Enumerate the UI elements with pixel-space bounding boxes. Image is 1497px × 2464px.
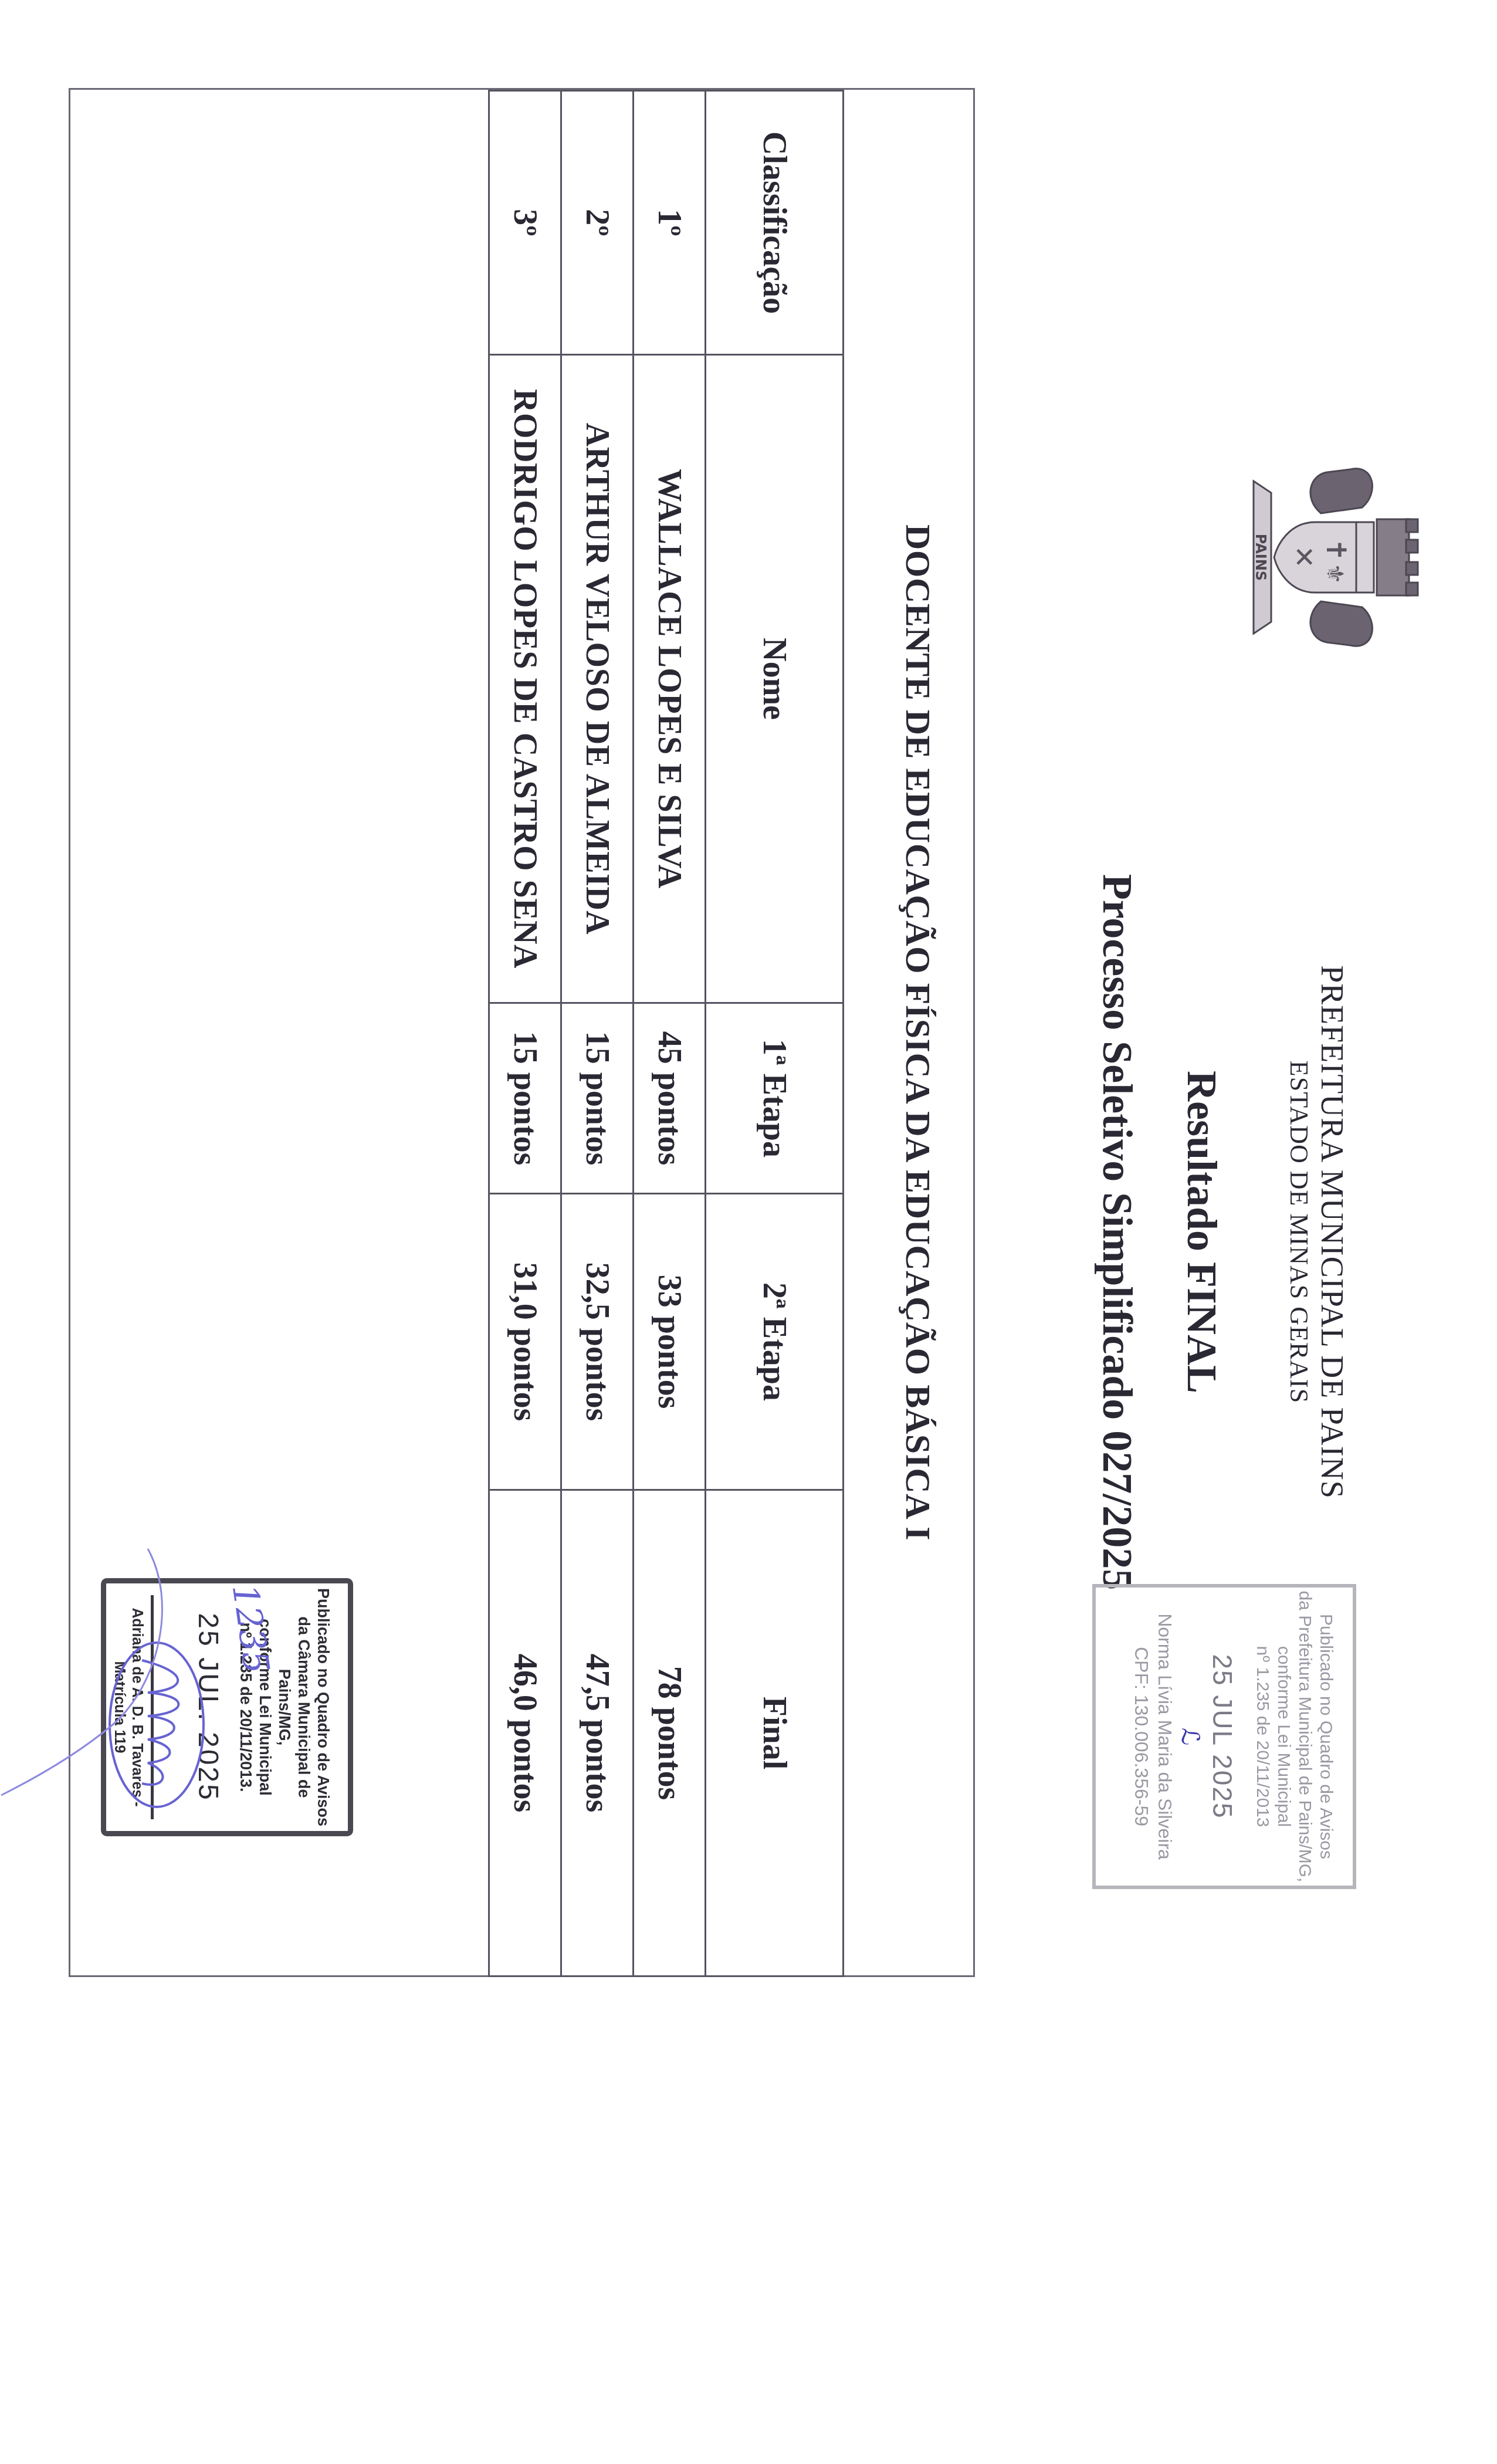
final-score: 78 pontos bbox=[634, 1490, 706, 1976]
process-title: Processo Seletivo Simplificado 027/2025 bbox=[1092, 0, 1143, 2464]
stage-2-score: 32,5 pontos bbox=[561, 1194, 634, 1490]
column-header-stage-1: 1ª Etapa bbox=[706, 1003, 844, 1194]
stamp-signer: Norma Lívia Maria da Silveira bbox=[1153, 1588, 1177, 1886]
organization-state: ESTADO DE MINAS GERAIS bbox=[1283, 0, 1314, 2464]
stamp-line: conforme Lei Municipal bbox=[1273, 1588, 1294, 1886]
column-header-final: Final bbox=[706, 1490, 844, 1976]
pen-stroke-icon bbox=[0, 1531, 183, 1801]
results-table: Classificação Nome 1ª Etapa 2ª Etapa Fin… bbox=[488, 90, 844, 1977]
stamp-line: Publicado no Quadro de Avisos bbox=[1315, 1588, 1336, 1886]
name-cell: WALLACE LOPES E SILVA bbox=[634, 355, 706, 1003]
column-header-classification: Classificação bbox=[706, 91, 844, 355]
organization-name: PREFEITURA MUNICIPAL DE PAINS bbox=[1314, 0, 1350, 2464]
stamp-date: 25 JUL 2025 bbox=[1204, 1588, 1241, 1886]
rank-cell: 1º bbox=[634, 91, 706, 355]
final-score: 46,0 pontos bbox=[489, 1490, 561, 1976]
stamp-line: Publicado no Quadro de Avisos bbox=[313, 1583, 333, 1831]
column-header-name: Nome bbox=[706, 355, 844, 1003]
stamp-line: da Câmara Municipal de Pains/MG, bbox=[275, 1583, 313, 1831]
signature-icon: ℒ bbox=[1177, 1588, 1204, 1886]
table-row: 2º ARTHUR VELOSO DE ALMEIDA 15 pontos 32… bbox=[561, 91, 634, 1976]
final-score: 47,5 pontos bbox=[561, 1490, 634, 1976]
table-header-row: Classificação Nome 1ª Etapa 2ª Etapa Fin… bbox=[706, 91, 844, 1976]
title-block: Resultado FINAL Processo Seletivo Simpli… bbox=[1092, 0, 1262, 2464]
table-row: 3º RODRIGO LOPES DE CASTRO SENA 15 ponto… bbox=[489, 91, 561, 1976]
name-cell: RODRIGO LOPES DE CASTRO SENA bbox=[489, 355, 561, 1003]
prefeitura-publication-stamp: Publicado no Quadro de Avisos da Prefeit… bbox=[1092, 1584, 1356, 1889]
role-title: DOCENTE DE EDUCAÇÃO FÍSICA DA EDUCAÇÃO B… bbox=[897, 90, 938, 1975]
document-page: ✝ ⚜ ✕ PAINS PREFEITURA MUNICIPAL DE PAIN… bbox=[0, 0, 1497, 2464]
stamp-cpf: CPF: 130.006.356-59 bbox=[1130, 1588, 1153, 1886]
rank-cell: 3º bbox=[489, 91, 561, 355]
stamp-line: da Prefeitura Municipal de Pains/MG, bbox=[1294, 1588, 1315, 1886]
stage-1-score: 15 pontos bbox=[561, 1003, 634, 1194]
stamp-line: nº 1.235 de 20/11/2013 bbox=[1252, 1588, 1273, 1886]
stage-1-score: 45 pontos bbox=[634, 1003, 706, 1194]
name-cell: ARTHUR VELOSO DE ALMEIDA bbox=[561, 355, 634, 1003]
column-header-stage-2: 2ª Etapa bbox=[706, 1194, 844, 1490]
result-title: Resultado FINAL bbox=[1177, 0, 1227, 2464]
letterhead: PREFEITURA MUNICIPAL DE PAINS ESTADO DE … bbox=[1283, 0, 1350, 2464]
stage-1-score: 15 pontos bbox=[489, 1003, 561, 1194]
table-row: 1º WALLACE LOPES E SILVA 45 pontos 33 po… bbox=[634, 91, 706, 1976]
stage-2-score: 33 pontos bbox=[634, 1194, 706, 1490]
rank-cell: 2º bbox=[561, 91, 634, 355]
stage-2-score: 31,0 pontos bbox=[489, 1194, 561, 1490]
